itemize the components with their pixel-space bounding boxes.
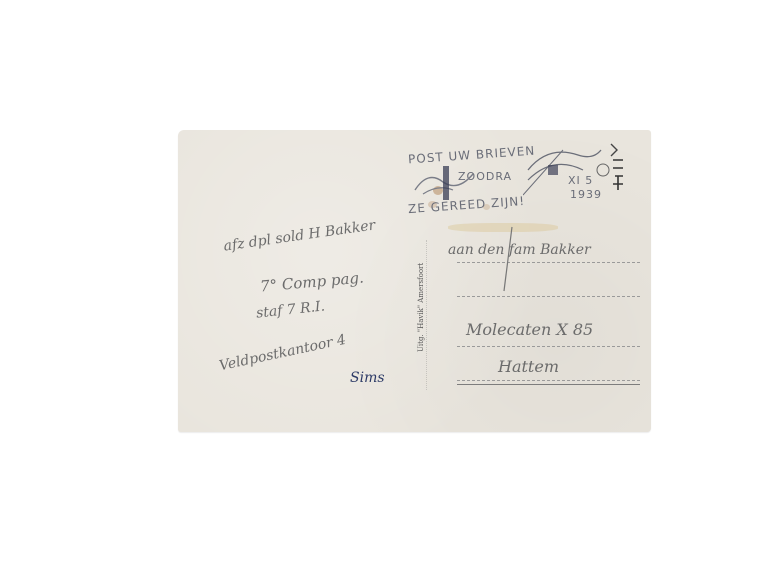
sender-line-3: staf 7 R.I. [255,298,325,321]
recipient-line-2: Molecaten X 85 [466,320,593,339]
recipient-line-1: aan den fam Bakker [448,242,591,258]
address-line-2 [457,296,640,297]
circular-datestamp-icon [593,140,643,200]
center-divider [426,240,427,390]
sender-line-2: 7° Comp pag. [259,269,364,296]
sender-mark: Sims [350,370,385,386]
postcard-back: POST UW BRIEVEN ZOODRA ZE GEREED ZIJN! X… [178,130,651,432]
posthorn-icon [413,160,483,200]
sender-line-1: afz dpl sold H Bakker [223,217,377,254]
address-line-3 [457,346,640,347]
publisher-imprint: Uitg. "Havik" Amersfoort [417,263,425,352]
pen-stroke [498,225,518,295]
postmark: POST UW BRIEVEN ZOODRA ZE GEREED ZIJN! X… [408,140,648,230]
sender-line-4: Veldpostkantoor 4 [218,332,348,375]
postmark-date: XI 5 [568,174,593,187]
recipient-line-3: Hattem [498,357,559,376]
address-line-bottom [457,384,640,385]
address-line-4 [457,380,640,381]
address-line-1 [457,262,640,263]
